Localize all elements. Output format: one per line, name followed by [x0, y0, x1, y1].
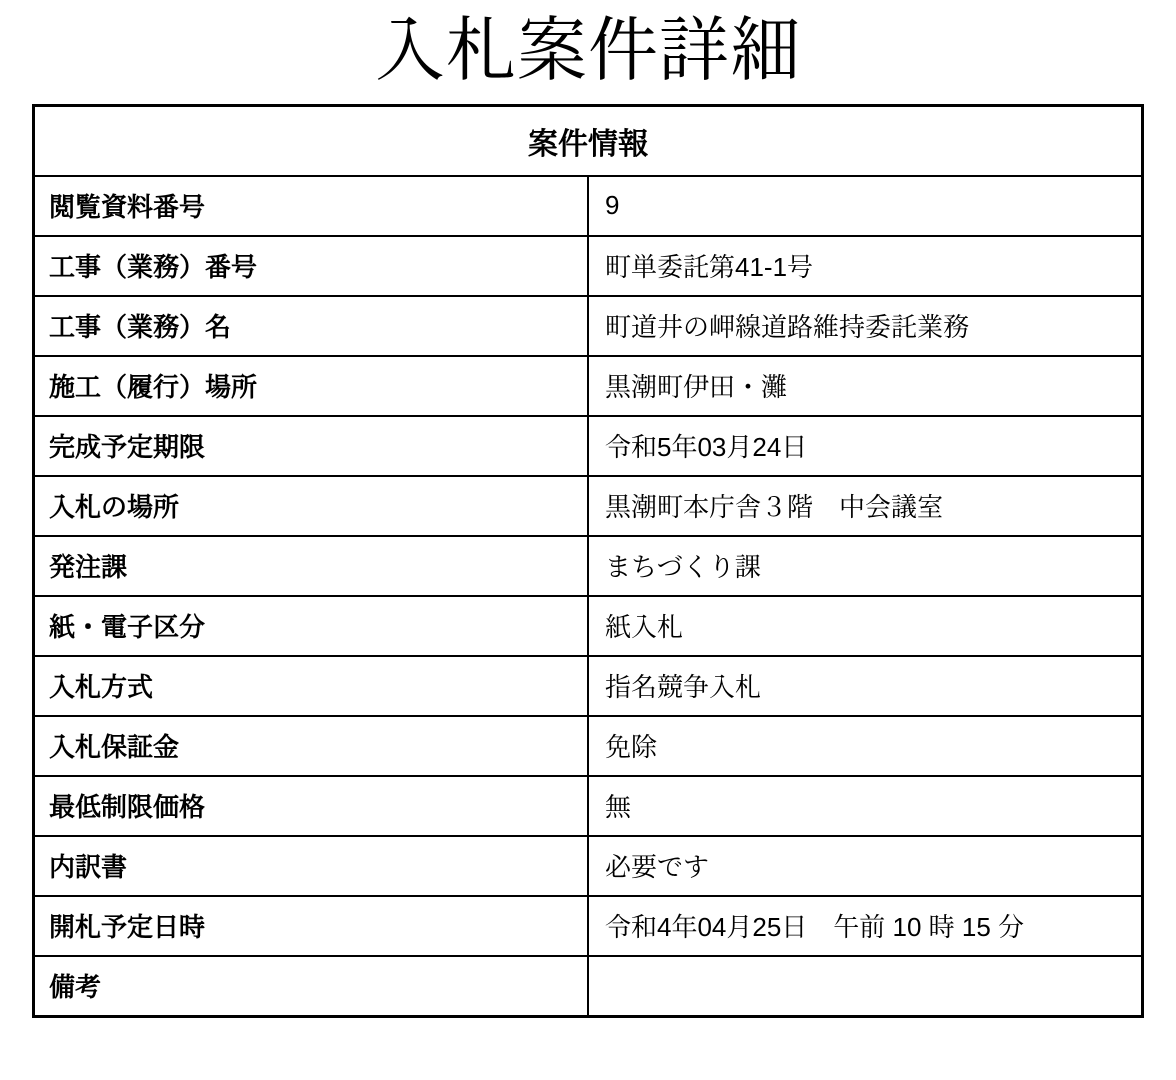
row-label: 開札予定日時 — [34, 896, 589, 956]
row-label: 入札方式 — [34, 656, 589, 716]
row-value: 指名競争入札 — [588, 656, 1143, 716]
row-label: 最低制限価格 — [34, 776, 589, 836]
row-label: 入札の場所 — [34, 476, 589, 536]
row-value: 必要です — [588, 836, 1143, 896]
table-row: 紙・電子区分 紙入札 — [34, 596, 1143, 656]
row-label: 工事（業務）番号 — [34, 236, 589, 296]
row-value: まちづくり課 — [588, 536, 1143, 596]
row-value: 免除 — [588, 716, 1143, 776]
table-row: 備考 — [34, 956, 1143, 1017]
table-header: 案件情報 — [34, 105, 1143, 176]
table-row: 入札の場所 黒潮町本庁舎３階 中会議室 — [34, 476, 1143, 536]
row-label: 発注課 — [34, 536, 589, 596]
table-row: 完成予定期限 令和5年03月24日 — [34, 416, 1143, 476]
row-label: 紙・電子区分 — [34, 596, 589, 656]
table-header-row: 案件情報 — [34, 105, 1143, 176]
row-label: 入札保証金 — [34, 716, 589, 776]
row-value: 無 — [588, 776, 1143, 836]
case-info-table: 案件情報 閲覧資料番号 9 工事（業務）番号 町単委託第41-1号 工事（業務）… — [32, 104, 1144, 1018]
table-row: 閲覧資料番号 9 — [34, 176, 1143, 236]
table-row: 入札保証金 免除 — [34, 716, 1143, 776]
table-row: 工事（業務）名 町道井の岬線道路維持委託業務 — [34, 296, 1143, 356]
row-label: 施工（履行）場所 — [34, 356, 589, 416]
table-row: 開札予定日時 令和4年04月25日 午前 10 時 15 分 — [34, 896, 1143, 956]
table-row: 施工（履行）場所 黒潮町伊田・灘 — [34, 356, 1143, 416]
table-row: 内訳書 必要です — [34, 836, 1143, 896]
row-label: 工事（業務）名 — [34, 296, 589, 356]
row-value: 町単委託第41-1号 — [588, 236, 1143, 296]
row-value: 黒潮町伊田・灘 — [588, 356, 1143, 416]
row-value: 紙入札 — [588, 596, 1143, 656]
table-row: 工事（業務）番号 町単委託第41-1号 — [34, 236, 1143, 296]
page-title: 入札案件詳細 — [0, 10, 1176, 91]
table-row: 最低制限価格 無 — [34, 776, 1143, 836]
row-value: 町道井の岬線道路維持委託業務 — [588, 296, 1143, 356]
row-value: 9 — [588, 176, 1143, 236]
row-label: 閲覧資料番号 — [34, 176, 589, 236]
row-label: 備考 — [34, 956, 589, 1017]
table-row: 発注課 まちづくり課 — [34, 536, 1143, 596]
row-label: 完成予定期限 — [34, 416, 589, 476]
row-value: 令和5年03月24日 — [588, 416, 1143, 476]
row-value: 黒潮町本庁舎３階 中会議室 — [588, 476, 1143, 536]
row-label: 内訳書 — [34, 836, 589, 896]
row-value: 令和4年04月25日 午前 10 時 15 分 — [588, 896, 1143, 956]
row-value — [588, 956, 1143, 1017]
table-row: 入札方式 指名競争入札 — [34, 656, 1143, 716]
